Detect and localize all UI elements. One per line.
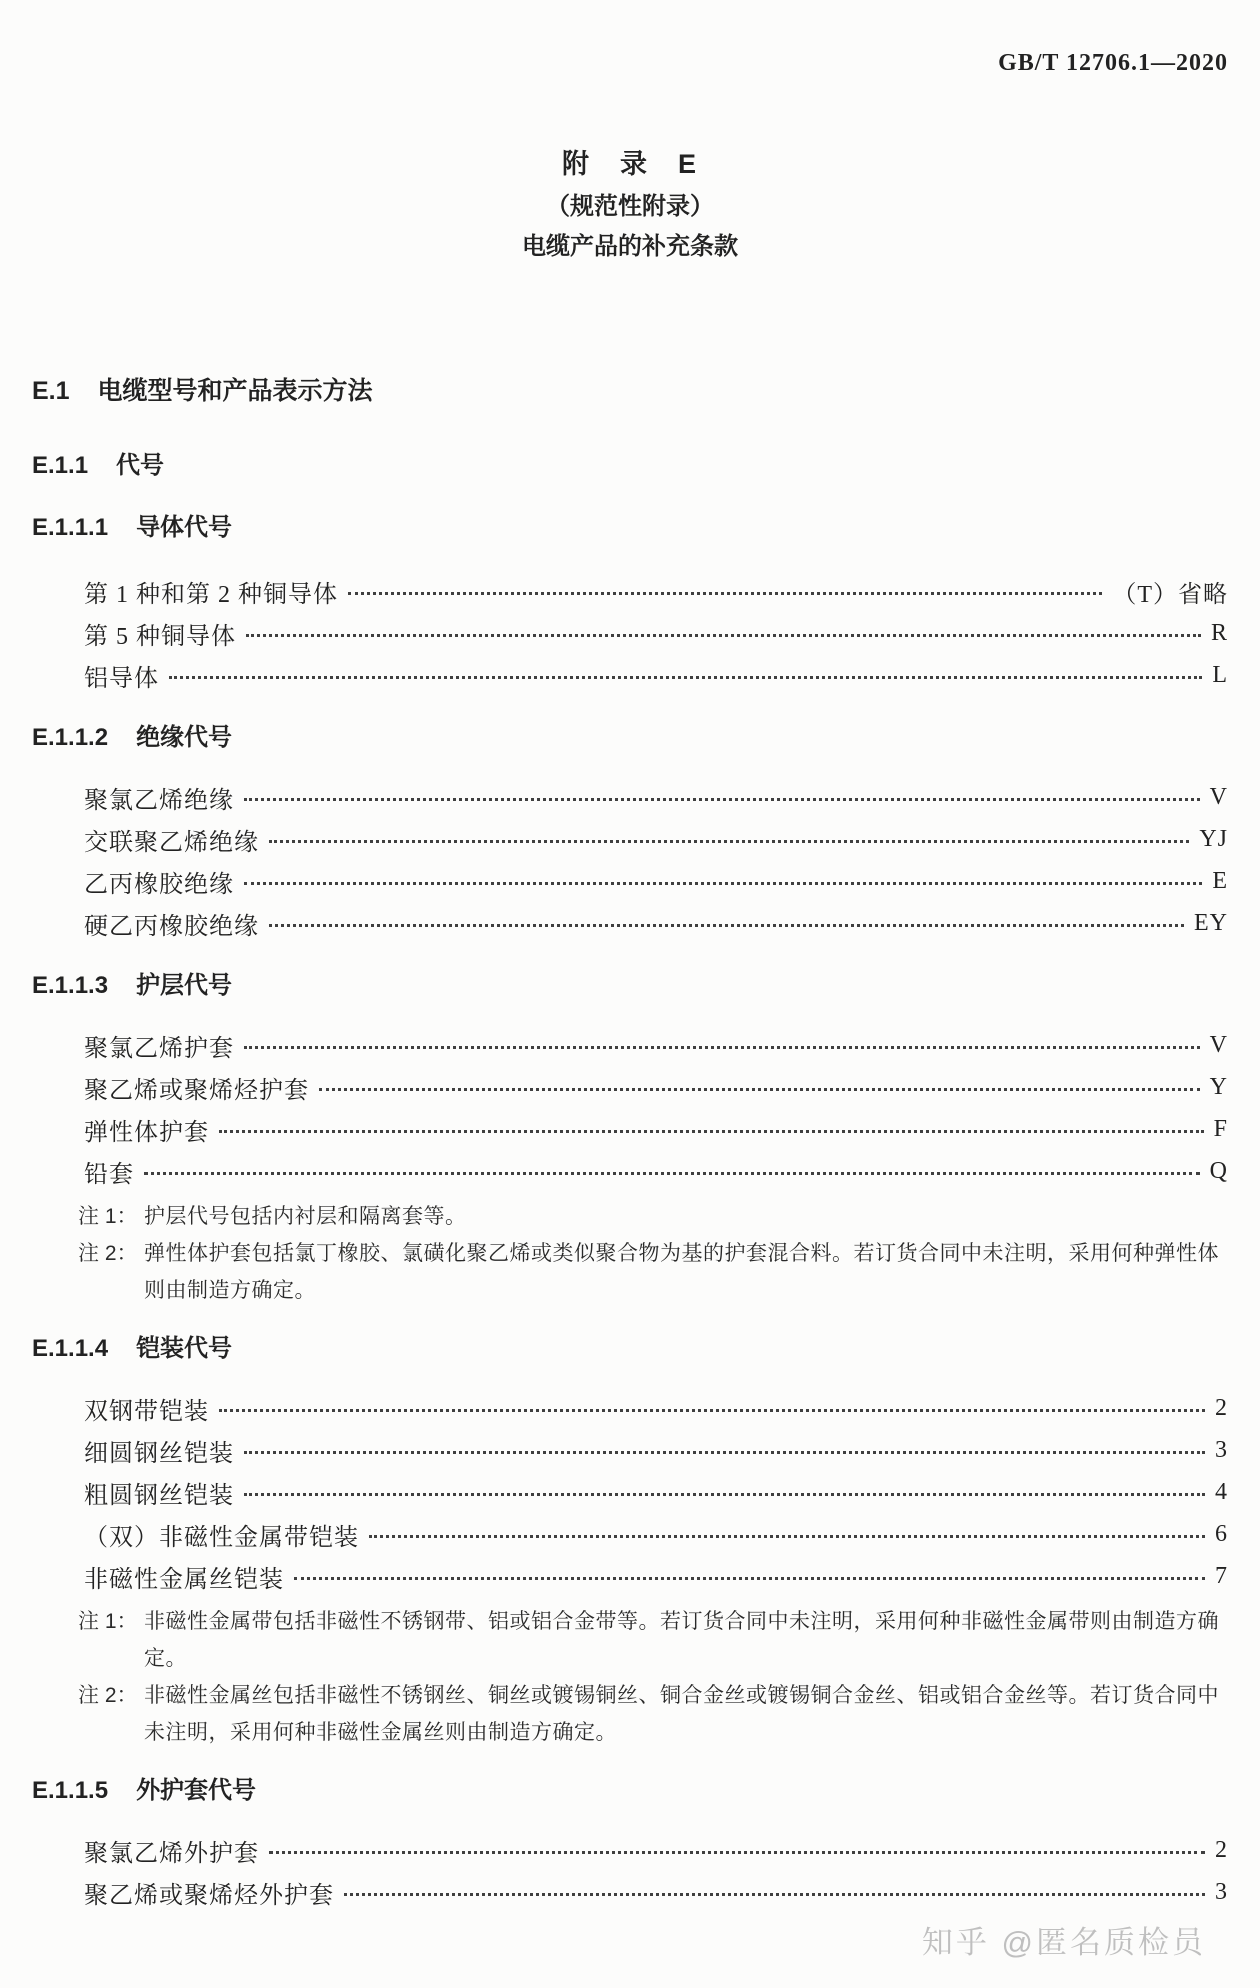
section-title: 电缆型号和产品表示方法 bbox=[98, 377, 373, 405]
list-item: 硬乙丙橡胶绝缘 EY bbox=[84, 902, 1228, 944]
list-item: 粗圆钢丝铠装 4 bbox=[84, 1471, 1228, 1513]
row-code: F bbox=[1214, 1116, 1228, 1143]
row-label: 聚乙烯或聚烯烃外护套 bbox=[84, 1875, 334, 1910]
section-title: 导体代号 bbox=[136, 514, 232, 541]
standard-number: GB/T 12706.1—2020 bbox=[32, 48, 1228, 78]
appendix-normative-label: （规范性附录） bbox=[32, 190, 1228, 224]
list-item: 聚氯乙烯外护套 2 bbox=[84, 1829, 1228, 1871]
row-code: 2 bbox=[1215, 1837, 1228, 1864]
leader-dots bbox=[269, 924, 1184, 927]
list-item: （双）非磁性金属带铠装 6 bbox=[84, 1513, 1228, 1555]
note-text: 非磁性金属丝包括非磁性不锈钢丝、铜丝或镀锡铜丝、铜合金丝或镀锡铜合金丝、铝或铝合… bbox=[144, 1677, 1228, 1751]
list-item: 第 5 种铜导体 R bbox=[84, 612, 1228, 654]
row-label: 聚氯乙烯外护套 bbox=[84, 1833, 259, 1868]
section-number: E.1.1.5 bbox=[32, 1777, 108, 1804]
row-label: 细圆钢丝铠装 bbox=[84, 1433, 234, 1468]
appendix-title-block: 附 录 E （规范性附录） 电缆产品的补充条款 bbox=[32, 144, 1228, 264]
section-heading-e113: E.1.1.3护层代号 bbox=[32, 968, 1228, 1004]
leader-dots bbox=[244, 798, 1200, 801]
leader-dots bbox=[169, 676, 1202, 679]
row-code: V bbox=[1210, 784, 1228, 811]
note: 注 2： 非磁性金属丝包括非磁性不锈钢丝、铜丝或镀锡铜丝、铜合金丝或镀锡铜合金丝… bbox=[78, 1677, 1228, 1751]
list-item: 聚氯乙烯绝缘 V bbox=[84, 776, 1228, 818]
insulation-code-list: 聚氯乙烯绝缘 V 交联聚乙烯绝缘 YJ 乙丙橡胶绝缘 E 硬乙丙橡胶绝缘 EY bbox=[32, 776, 1228, 944]
section-heading-e115: E.1.1.5外护套代号 bbox=[32, 1773, 1228, 1809]
watermark: 知乎 @匿名质检员 bbox=[922, 1917, 1206, 1962]
row-code: 6 bbox=[1215, 1521, 1228, 1548]
row-label: 硬乙丙橡胶绝缘 bbox=[84, 906, 259, 941]
row-label: 聚氯乙烯绝缘 bbox=[84, 780, 234, 815]
row-label: （双）非磁性金属带铠装 bbox=[84, 1517, 359, 1552]
note-text: 弹性体护套包括氯丁橡胶、氯磺化聚乙烯或类似聚合物为基的护套混合料。若订货合同中未… bbox=[144, 1235, 1228, 1309]
row-label: 聚氯乙烯护套 bbox=[84, 1028, 234, 1063]
row-code: V bbox=[1210, 1032, 1228, 1059]
section-heading-e112: E.1.1.2绝缘代号 bbox=[32, 720, 1228, 756]
section-heading-e111: E.1.1.1导体代号 bbox=[32, 510, 1228, 546]
list-item: 弹性体护套 F bbox=[84, 1108, 1228, 1150]
row-code: Y bbox=[1210, 1074, 1228, 1101]
leader-dots bbox=[244, 1046, 1200, 1049]
sheath-notes: 注 1： 护层代号包括内衬层和隔离套等。 注 2： 弹性体护套包括氯丁橡胶、氯磺… bbox=[32, 1198, 1228, 1309]
section-heading-e11: E.1.1代号 bbox=[32, 448, 1228, 484]
leader-dots bbox=[319, 1088, 1200, 1091]
row-code: （T）省略 bbox=[1112, 574, 1228, 609]
note: 注 1： 非磁性金属带包括非磁性不锈钢带、铝或铝合金带等。若订货合同中未注明，采… bbox=[78, 1603, 1228, 1677]
section-title: 护层代号 bbox=[136, 972, 232, 999]
document-page: GB/T 12706.1—2020 附 录 E （规范性附录） 电缆产品的补充条… bbox=[0, 0, 1260, 1988]
list-item: 非磁性金属丝铠装 7 bbox=[84, 1555, 1228, 1597]
list-item: 聚氯乙烯护套 V bbox=[84, 1024, 1228, 1066]
list-item: 聚乙烯或聚烯烃外护套 3 bbox=[84, 1871, 1228, 1913]
row-code: EY bbox=[1194, 910, 1228, 937]
note-tag: 注 1： bbox=[78, 1603, 144, 1677]
list-item: 铅套 Q bbox=[84, 1150, 1228, 1192]
leader-dots bbox=[369, 1535, 1205, 1538]
row-code: Q bbox=[1210, 1158, 1228, 1185]
section-title: 绝缘代号 bbox=[136, 724, 232, 751]
section-number: E.1.1.2 bbox=[32, 724, 108, 751]
row-label: 铝导体 bbox=[84, 658, 159, 693]
leader-dots bbox=[294, 1577, 1205, 1580]
section-title: 外护套代号 bbox=[136, 1777, 256, 1804]
note-tag: 注 2： bbox=[78, 1677, 144, 1751]
section-number: E.1.1 bbox=[32, 452, 88, 479]
section-title: 铠装代号 bbox=[136, 1335, 232, 1362]
leader-dots bbox=[344, 1893, 1205, 1896]
section-heading-e114: E.1.1.4铠装代号 bbox=[32, 1331, 1228, 1367]
sheath-code-list: 聚氯乙烯护套 V 聚乙烯或聚烯烃护套 Y 弹性体护套 F 铅套 Q bbox=[32, 1024, 1228, 1192]
outer-sheath-code-list: 聚氯乙烯外护套 2 聚乙烯或聚烯烃外护套 3 bbox=[32, 1829, 1228, 1913]
section-number: E.1.1.1 bbox=[32, 514, 108, 541]
row-label: 第 5 种铜导体 bbox=[84, 616, 236, 651]
appendix-subject: 电缆产品的补充条款 bbox=[32, 230, 1228, 264]
leader-dots bbox=[244, 1451, 1205, 1454]
leader-dots bbox=[269, 1851, 1205, 1854]
section-title: 代号 bbox=[116, 452, 164, 479]
row-code: E bbox=[1212, 868, 1228, 895]
list-item: 交联聚乙烯绝缘 YJ bbox=[84, 818, 1228, 860]
leader-dots bbox=[219, 1130, 1204, 1133]
section-number: E.1.1.4 bbox=[32, 1335, 108, 1362]
section-number: E.1.1.3 bbox=[32, 972, 108, 999]
note-tag: 注 2： bbox=[78, 1235, 144, 1309]
row-code: 3 bbox=[1215, 1879, 1228, 1906]
section-number: E.1 bbox=[32, 377, 70, 405]
leader-dots bbox=[246, 634, 1201, 637]
row-code: 2 bbox=[1215, 1395, 1228, 1422]
leader-dots bbox=[244, 1493, 1205, 1496]
leader-dots bbox=[348, 592, 1102, 595]
leader-dots bbox=[144, 1172, 1200, 1175]
list-item: 双钢带铠装 2 bbox=[84, 1387, 1228, 1429]
row-code: 4 bbox=[1215, 1479, 1228, 1506]
row-code: 3 bbox=[1215, 1437, 1228, 1464]
row-label: 第 1 种和第 2 种铜导体 bbox=[84, 574, 338, 609]
list-item: 细圆钢丝铠装 3 bbox=[84, 1429, 1228, 1471]
leader-dots bbox=[244, 882, 1202, 885]
list-item: 乙丙橡胶绝缘 E bbox=[84, 860, 1228, 902]
leader-dots bbox=[269, 840, 1189, 843]
conductor-code-list: 第 1 种和第 2 种铜导体 （T）省略 第 5 种铜导体 R 铝导体 L bbox=[32, 570, 1228, 696]
list-item: 聚乙烯或聚烯烃护套 Y bbox=[84, 1066, 1228, 1108]
note-text: 非磁性金属带包括非磁性不锈钢带、铝或铝合金带等。若订货合同中未注明，采用何种非磁… bbox=[144, 1603, 1228, 1677]
list-item: 第 1 种和第 2 种铜导体 （T）省略 bbox=[84, 570, 1228, 612]
row-label: 非磁性金属丝铠装 bbox=[84, 1559, 284, 1594]
row-label: 弹性体护套 bbox=[84, 1112, 209, 1147]
row-label: 交联聚乙烯绝缘 bbox=[84, 822, 259, 857]
note-text: 护层代号包括内衬层和隔离套等。 bbox=[144, 1198, 1228, 1235]
row-code: 7 bbox=[1215, 1563, 1228, 1590]
note: 注 1： 护层代号包括内衬层和隔离套等。 bbox=[78, 1198, 1228, 1235]
row-label: 聚乙烯或聚烯烃护套 bbox=[84, 1070, 309, 1105]
leader-dots bbox=[219, 1409, 1205, 1412]
note-tag: 注 1： bbox=[78, 1198, 144, 1235]
row-label: 乙丙橡胶绝缘 bbox=[84, 864, 234, 899]
row-label: 双钢带铠装 bbox=[84, 1391, 209, 1426]
row-code: R bbox=[1211, 620, 1228, 647]
armour-notes: 注 1： 非磁性金属带包括非磁性不锈钢带、铝或铝合金带等。若订货合同中未注明，采… bbox=[32, 1603, 1228, 1751]
row-label: 铅套 bbox=[84, 1154, 134, 1189]
row-label: 粗圆钢丝铠装 bbox=[84, 1475, 234, 1510]
list-item: 铝导体 L bbox=[84, 654, 1228, 696]
section-heading-e1: E.1电缆型号和产品表示方法 bbox=[32, 372, 1228, 410]
row-code: YJ bbox=[1199, 826, 1228, 853]
note: 注 2： 弹性体护套包括氯丁橡胶、氯磺化聚乙烯或类似聚合物为基的护套混合料。若订… bbox=[78, 1235, 1228, 1309]
armour-code-list: 双钢带铠装 2 细圆钢丝铠装 3 粗圆钢丝铠装 4 （双）非磁性金属带铠装 6 … bbox=[32, 1387, 1228, 1597]
row-code: L bbox=[1212, 662, 1228, 689]
appendix-title: 附 录 E bbox=[32, 144, 1228, 184]
